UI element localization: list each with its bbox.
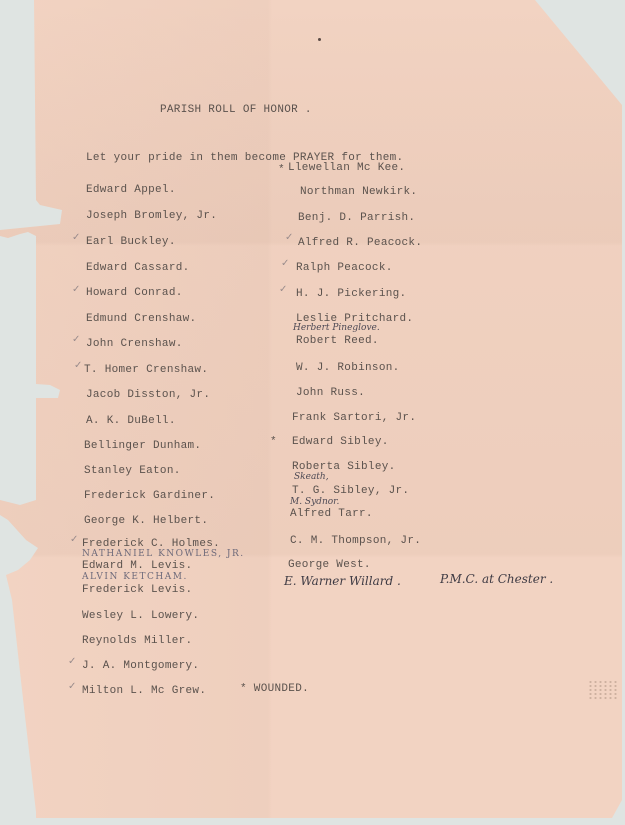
wounded-star-icon: * <box>270 436 277 448</box>
name-entry: Northman Newkirk. <box>300 186 417 198</box>
check-mark-icon: ✓ <box>70 534 78 545</box>
check-mark-icon: ✓ <box>281 258 289 269</box>
check-mark-icon: ✓ <box>74 360 82 371</box>
name-entry: Frederick Gardiner. <box>84 490 215 502</box>
name-entry: Edward Sibley. <box>292 436 389 448</box>
name-entry: Howard Conrad. <box>86 287 183 299</box>
name-entry: A. K. DuBell. <box>86 415 176 427</box>
handwritten-note: P.M.C. at Chester . <box>440 572 553 586</box>
name-entry: Reynolds Miller. <box>82 635 192 647</box>
name-entry: Robert Reed. <box>296 335 379 347</box>
handwritten-addition: M. Sydnor. <box>290 497 339 507</box>
name-entry: Ralph Peacock. <box>296 262 393 274</box>
wounded-legend: * WOUNDED. <box>240 683 309 695</box>
name-entry: Edward Cassard. <box>86 262 190 274</box>
name-entry: Edmund Crenshaw. <box>86 313 196 325</box>
check-mark-icon: ✓ <box>72 232 80 243</box>
name-entry: Jacob Disston, Jr. <box>86 389 210 401</box>
name-entry: Alfred R. Peacock. <box>298 237 422 249</box>
handwritten-addition: E. Warner Willard . <box>284 574 401 588</box>
name-entry: Joseph Bromley, Jr. <box>86 210 217 222</box>
name-entry: H. J. Pickering. <box>296 288 406 300</box>
handwritten-addition: Skeath, <box>294 472 329 482</box>
wounded-star-icon: * <box>278 164 285 176</box>
name-entry: J. A. Montgomery. <box>82 660 199 672</box>
name-entry: W. J. Robinson. <box>296 362 400 374</box>
ink-speck <box>318 38 321 41</box>
name-entry: Frederick Levis. <box>82 584 192 596</box>
name-entry: John Russ. <box>296 387 365 399</box>
name-entry: C. M. Thompson, Jr. <box>290 535 421 547</box>
name-entry: T. Homer Crenshaw. <box>84 364 208 376</box>
name-entry: T. G. Sibley, Jr. <box>292 485 409 497</box>
name-entry: John Crenshaw. <box>86 338 183 350</box>
check-mark-icon: ✓ <box>68 656 76 667</box>
name-entry: Edward M. Levis. <box>82 560 192 572</box>
name-entry: Earl Buckley. <box>86 236 176 248</box>
name-entry: Alfred Tarr. <box>290 508 373 520</box>
check-mark-icon: ✓ <box>279 284 287 295</box>
handwritten-addition: ALVIN KETCHAM. <box>82 572 188 582</box>
name-entry: Frank Sartori, Jr. <box>292 412 416 424</box>
name-entry: Milton L. Mc Grew. <box>82 685 206 697</box>
name-entry: George K. Helbert. <box>84 515 208 527</box>
name-entry: Llewellan Mc Kee. <box>288 162 405 174</box>
check-mark-icon: ✓ <box>72 334 80 345</box>
name-entry: George West. <box>288 559 371 571</box>
check-mark-icon: ✓ <box>285 232 293 243</box>
check-mark-icon: ✓ <box>72 284 80 295</box>
check-mark-icon: ✓ <box>68 681 76 692</box>
name-entry: Edward Appel. <box>86 184 176 196</box>
handwritten-addition: NATHANIEL KNOWLES, JR. <box>82 549 245 559</box>
name-entry: Bellinger Dunham. <box>84 440 201 452</box>
name-entry: Stanley Eaton. <box>84 465 181 477</box>
handwritten-addition: Herbert Pineglove. <box>293 323 380 333</box>
paper-stain <box>588 680 618 700</box>
name-entry: Wesley L. Lowery. <box>82 610 199 622</box>
name-entry: Benj. D. Parrish. <box>298 212 415 224</box>
page-title: PARISH ROLL OF HONOR . <box>160 104 312 116</box>
